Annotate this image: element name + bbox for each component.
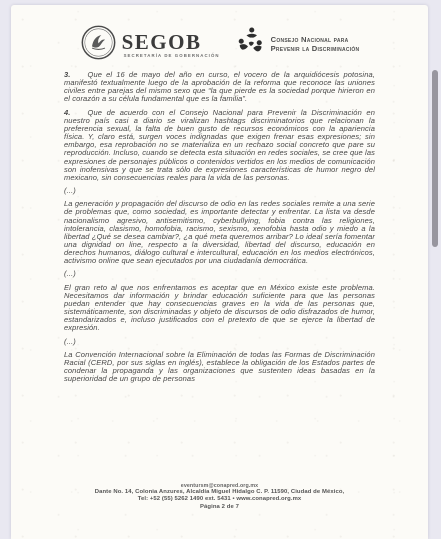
ellipsis-marker: (...) (64, 338, 375, 346)
document-header: SEGOB SECRETARÍA DE GOBERNACIÓN (11, 5, 428, 67)
segob-logo: SEGOB SECRETARÍA DE GOBERNACIÓN (80, 24, 220, 66)
quote-paragraph-3: La Convención Internacional sobre la Eli… (64, 351, 375, 384)
paragraph-4: 4.Que de acuerdo con el Consejo Nacional… (64, 109, 375, 182)
viewer-background: SEGOB SECRETARÍA DE GOBERNACIÓN (0, 0, 441, 539)
conapred-wordmark: Consejo Nacional para Prevenir la Discri… (271, 36, 360, 53)
document-body: 3.Que el 16 de mayo del año en curso, el… (64, 71, 375, 383)
conapred-logo: Consejo Nacional para Prevenir la Discri… (236, 26, 360, 63)
page-number: Página 2 de 7 (11, 504, 428, 511)
segob-wordmark: SEGOB SECRETARÍA DE GOBERNACIÓN (122, 32, 220, 58)
ellipsis-marker: (...) (64, 187, 375, 195)
page-footer: eventursm@conapred.org.mx Dante No. 14, … (11, 483, 428, 511)
conapred-figures-icon (236, 26, 266, 63)
segob-subtitle: SECRETARÍA DE GOBERNACIÓN (124, 53, 220, 58)
document-page: SEGOB SECRETARÍA DE GOBERNACIÓN (11, 5, 428, 539)
quote-paragraph-1: La generación y propagación del discurso… (64, 200, 375, 265)
paragraph-3-text: Que el 16 de mayo del año en curso, el v… (64, 70, 375, 103)
ellipsis-marker: (...) (64, 270, 375, 278)
footer-address: Dante No. 14, Colonia Anzures, Alcaldía … (11, 489, 428, 496)
segob-title: SEGOB (122, 32, 202, 52)
quote-paragraph-2: El gran reto al que nos enfrentamos es a… (64, 284, 375, 333)
vertical-scrollbar-thumb[interactable] (432, 70, 438, 247)
conapred-line2: Prevenir la Discriminación (271, 45, 360, 54)
footer-phone-web: Tel: +52 (55) 5262 1490 ext. 5431 • www.… (11, 496, 428, 503)
paragraph-4-text: Que de acuerdo con el Consejo Nacional p… (64, 108, 375, 182)
paragraph-3: 3.Que el 16 de mayo del año en curso, el… (64, 71, 375, 104)
mexican-eagle-seal-icon (80, 24, 117, 66)
